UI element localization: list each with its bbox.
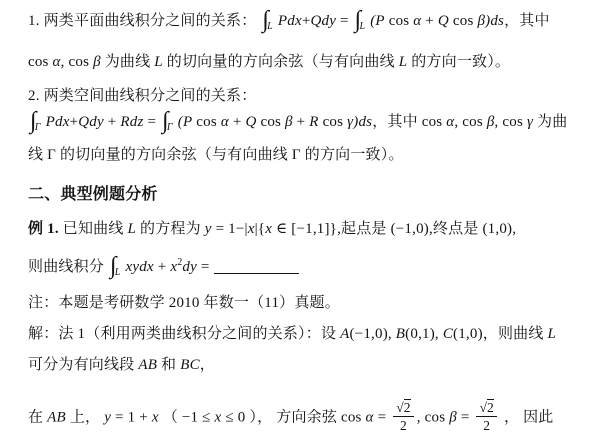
text-run: 线 Γ 的切向量的方向余弦（与有向曲线 Γ 的方向一致）。: [28, 147, 404, 163]
para-space-relation-note: 线 Γ 的切向量的方向余弦（与有向曲线 Γ 的方向一致）。: [28, 145, 594, 165]
math-italic-run: α: [53, 54, 61, 70]
text-run: +: [70, 114, 79, 130]
integral-subscript: Γ: [167, 118, 173, 138]
text-run: +: [104, 114, 121, 130]
text-run: cos: [257, 114, 286, 130]
superscript-exponent: 2: [177, 257, 182, 268]
text-run: ≤ 0 ）， 方向余弦 cos: [221, 409, 365, 425]
fraction-denominator: 2: [476, 417, 497, 434]
text-run: +: [154, 259, 171, 275]
text-run: =: [197, 259, 214, 275]
integral-icon: ∫L: [262, 10, 275, 30]
text-run: ，其中: [504, 13, 550, 29]
text-run: =: [336, 13, 353, 29]
math-italic-run: R: [309, 114, 318, 130]
math-italic-run: Q: [245, 114, 256, 130]
para-solution-method1: 解：法 1（利用两类曲线积分之间的关系）：设 A(−1,0), B(0,1), …: [28, 324, 594, 344]
math-italic-run: L: [548, 326, 557, 342]
math-italic-run: y: [205, 221, 212, 237]
text-run: 和: [157, 357, 180, 373]
text-run: cos: [449, 13, 478, 29]
text-run: 的切向量的方向余弦（与有向曲线: [163, 54, 399, 70]
text-run: , cos: [61, 54, 93, 70]
text-run: 上，: [66, 409, 104, 425]
section-heading: 二、典型例题分析: [28, 185, 594, 205]
text-run: 2. 两类空间曲线积分之间的关系：: [28, 88, 256, 104]
math-italic-run: L: [154, 54, 163, 70]
text-run: , cos: [417, 409, 449, 425]
text-run: cos: [319, 114, 348, 130]
fraction: √22: [393, 399, 414, 433]
answer-blank: [214, 259, 299, 274]
math-italic-run: x: [248, 221, 255, 237]
fraction-denominator: 2: [393, 417, 414, 434]
math-italic-run: β: [285, 114, 293, 130]
text-run: |{: [255, 221, 266, 237]
text-run: +: [293, 114, 310, 130]
math-italic-run: L: [399, 54, 408, 70]
fraction-numerator: √2: [476, 399, 497, 417]
math-italic-run: )ds: [353, 114, 372, 130]
integral-icon: ∫L: [355, 10, 368, 30]
text-run: (0,1),: [405, 326, 443, 342]
text-run: (−1,0),: [349, 326, 395, 342]
integral-subscript: L: [359, 17, 365, 37]
integral-subscript: L: [115, 263, 121, 283]
math-italic-run: β: [449, 409, 457, 425]
math-italic-run: β: [93, 54, 101, 70]
para-example1-statement: 例 1. 已知曲线 L 的方程为 y = 1−|x|{x ∈ [−1,1]},起…: [28, 219, 594, 239]
integral-subscript: L: [267, 17, 273, 37]
text-run: +: [302, 13, 311, 29]
math-italic-run: α: [366, 409, 374, 425]
text-run: = 1 +: [111, 409, 152, 425]
para-plane-relation-note: cos α, cos β 为曲线 L 的切向量的方向余弦（与有向曲线 L 的方向…: [28, 52, 594, 72]
text-run: =: [457, 409, 474, 425]
integral-icon: ∫Γ: [30, 111, 43, 131]
integral-icon: ∫L: [110, 256, 123, 276]
para-space-relation-title: 2. 两类空间曲线积分之间的关系：: [28, 86, 594, 106]
text-run: 的方向一致）。: [407, 54, 510, 70]
para-plane-relation-formula: 1. 两类平面曲线积分之间的关系： ∫LPdx+Qdy = ∫L(P cos α…: [28, 11, 594, 32]
math-italic-run: Qdy: [78, 114, 104, 130]
text-run: 解：法 1（利用两类曲线积分之间的关系）：设: [28, 326, 340, 342]
text-run: =: [374, 409, 391, 425]
bold-text-run: 二、典型例题分析: [28, 186, 158, 203]
bold-text-run: 例 1.: [28, 221, 59, 237]
math-italic-run: B: [396, 326, 405, 342]
para-space-relation-formula: ∫ΓPdx+Qdy + Rdz = ∫Γ(P cos α + Q cos β +…: [28, 112, 594, 133]
text-run: = 1−|: [212, 221, 248, 237]
radical-overline: 2: [404, 399, 411, 415]
para-split-segments: 可分为有向线段 AB 和 BC，: [28, 355, 594, 375]
math-italic-run: )ds: [485, 13, 504, 29]
para-on-ab: 在 AB 上， y = 1 + x （ −1 ≤ x ≤ 0 ）， 方向余弦 c…: [28, 401, 594, 435]
math-italic-run: C: [443, 326, 453, 342]
math-italic-run: Pdx: [46, 114, 70, 130]
math-italic-run: xydx: [126, 259, 154, 275]
text-run: ∈ [−1,1]},起点是 (−1,0),终点是 (1,0),: [272, 221, 516, 237]
text-run: 为曲线: [101, 54, 155, 70]
text-run: , cos: [454, 114, 486, 130]
math-italic-run: (P: [178, 114, 193, 130]
text-run: ， 因此: [500, 409, 554, 425]
math-italic-run: AB: [47, 409, 66, 425]
integral-subscript: Γ: [35, 118, 41, 138]
text-run: cos: [28, 54, 53, 70]
text-run: 1. 两类平面曲线积分之间的关系：: [28, 13, 260, 29]
math-italic-run: β: [487, 114, 495, 130]
fraction-numerator: √2: [393, 399, 414, 417]
math-italic-run: dy: [182, 259, 197, 275]
text-run: 可分为有向线段: [28, 357, 138, 373]
math-italic-run: β: [477, 13, 485, 29]
math-italic-run: Q: [438, 13, 449, 29]
text-run: cos: [385, 13, 414, 29]
text-run: 的方程为: [136, 221, 205, 237]
text-run: 则曲线积分: [28, 259, 108, 275]
math-italic-run: AB: [138, 357, 157, 373]
text-run: cos: [192, 114, 221, 130]
math-italic-run: BC: [180, 357, 200, 373]
text-run: ，: [200, 357, 215, 373]
text-run: 在: [28, 409, 47, 425]
fraction: √22: [476, 399, 497, 433]
radical-overline: 2: [487, 399, 494, 415]
text-run: 注：本题是考研数学 2010 年数一（11）真题。: [28, 295, 340, 311]
math-italic-run: (P: [370, 13, 385, 29]
text-run: +: [229, 114, 246, 130]
text-run: (1,0)，则曲线: [453, 326, 548, 342]
text-run: 为曲: [533, 114, 567, 130]
text-run: , cos: [495, 114, 527, 130]
para-example1-integral: 则曲线积分 ∫Lxydx + x2dy =: [28, 256, 594, 279]
math-italic-run: Pdx: [278, 13, 302, 29]
math-italic-run: x: [152, 409, 159, 425]
text-run: +: [421, 13, 438, 29]
para-source-note: 注：本题是考研数学 2010 年数一（11）真题。: [28, 293, 594, 313]
text-run: =: [144, 114, 161, 130]
document-page: 1. 两类平面曲线积分之间的关系： ∫LPdx+Qdy = ∫L(P cos α…: [0, 0, 600, 436]
text-run: 已知曲线: [59, 221, 128, 237]
math-italic-run: Rdz: [120, 114, 143, 130]
math-italic-run: L: [128, 221, 137, 237]
math-italic-run: Qdy: [311, 13, 337, 29]
text-run: ，其中 cos: [372, 114, 446, 130]
text-run: （ −1 ≤: [159, 409, 215, 425]
math-italic-run: α: [221, 114, 229, 130]
integral-icon: ∫Γ: [162, 111, 175, 131]
math-power-run: x2: [170, 259, 182, 275]
